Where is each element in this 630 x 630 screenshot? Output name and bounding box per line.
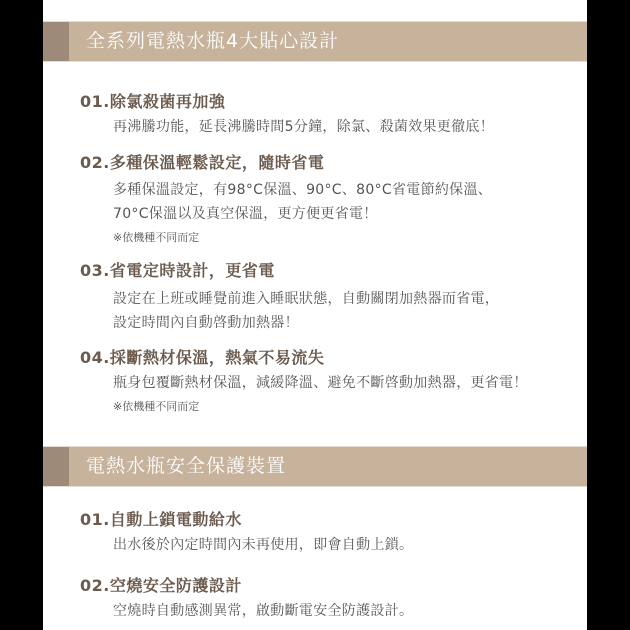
feature-heading-2: 02.多種保溫輕鬆設定，隨時省電 [80, 150, 324, 173]
safety-heading-2: 02.空燒安全防護設計 [80, 573, 242, 596]
feature-heading-3: 03.省電定時設計，更省電 [80, 258, 275, 281]
safety-text-1: 出水後於內定時間內未再使用，即會自動上鎖。 [113, 534, 413, 554]
feature-text-1: 再沸騰功能，延長沸騰時間5分鐘，除氯、殺菌效果更徹底！ [113, 116, 494, 136]
safety-heading-1: 01.自動上鎖電動給水 [80, 507, 242, 530]
section-banner-safety: 電熱水瓶安全保護裝置 [43, 446, 587, 487]
feature-text-3b: 設定時間內自動啓動加熱器！ [113, 312, 299, 332]
safety-text-2: 空燒時自動感測異常，啟動斷電安全防護設計。 [113, 600, 413, 620]
feature-heading-1: 01.除氯殺菌再加強 [80, 89, 225, 112]
feature-text-4: 瓶身包覆斷熱材保溫，減緩降溫、避免不斷啓動加熱器，更省電！ [113, 372, 528, 392]
banner-accent-block [43, 447, 69, 486]
banner-accent-block [43, 22, 69, 61]
feature-note-2: ※依機種不同而定 [113, 229, 199, 245]
section-banner-features: 全系列電熱水瓶4大貼心設計 [43, 21, 587, 62]
feature-heading-4: 04.採斷熱材保溫，熱氣不易流失 [80, 345, 324, 368]
feature-note-4: ※依機種不同而定 [113, 398, 199, 414]
section-title: 全系列電熱水瓶4大貼心設計 [86, 22, 339, 61]
section-title: 電熱水瓶安全保護裝置 [86, 447, 286, 486]
feature-text-2b: 70°C保溫以及真空保溫，更方便更省電！ [113, 203, 378, 223]
feature-text-3a: 設定在上班或睡覺前進入睡眠狀態，自動關閉加熱器而省電， [113, 288, 499, 308]
feature-text-2a: 多種保溫設定，有98°C保溫、90°C、80°C省電節約保溫、 [113, 179, 492, 199]
feature-page: 全系列電熱水瓶4大貼心設計 01.除氯殺菌再加強 再沸騰功能，延長沸騰時間5分鐘… [43, 0, 587, 630]
